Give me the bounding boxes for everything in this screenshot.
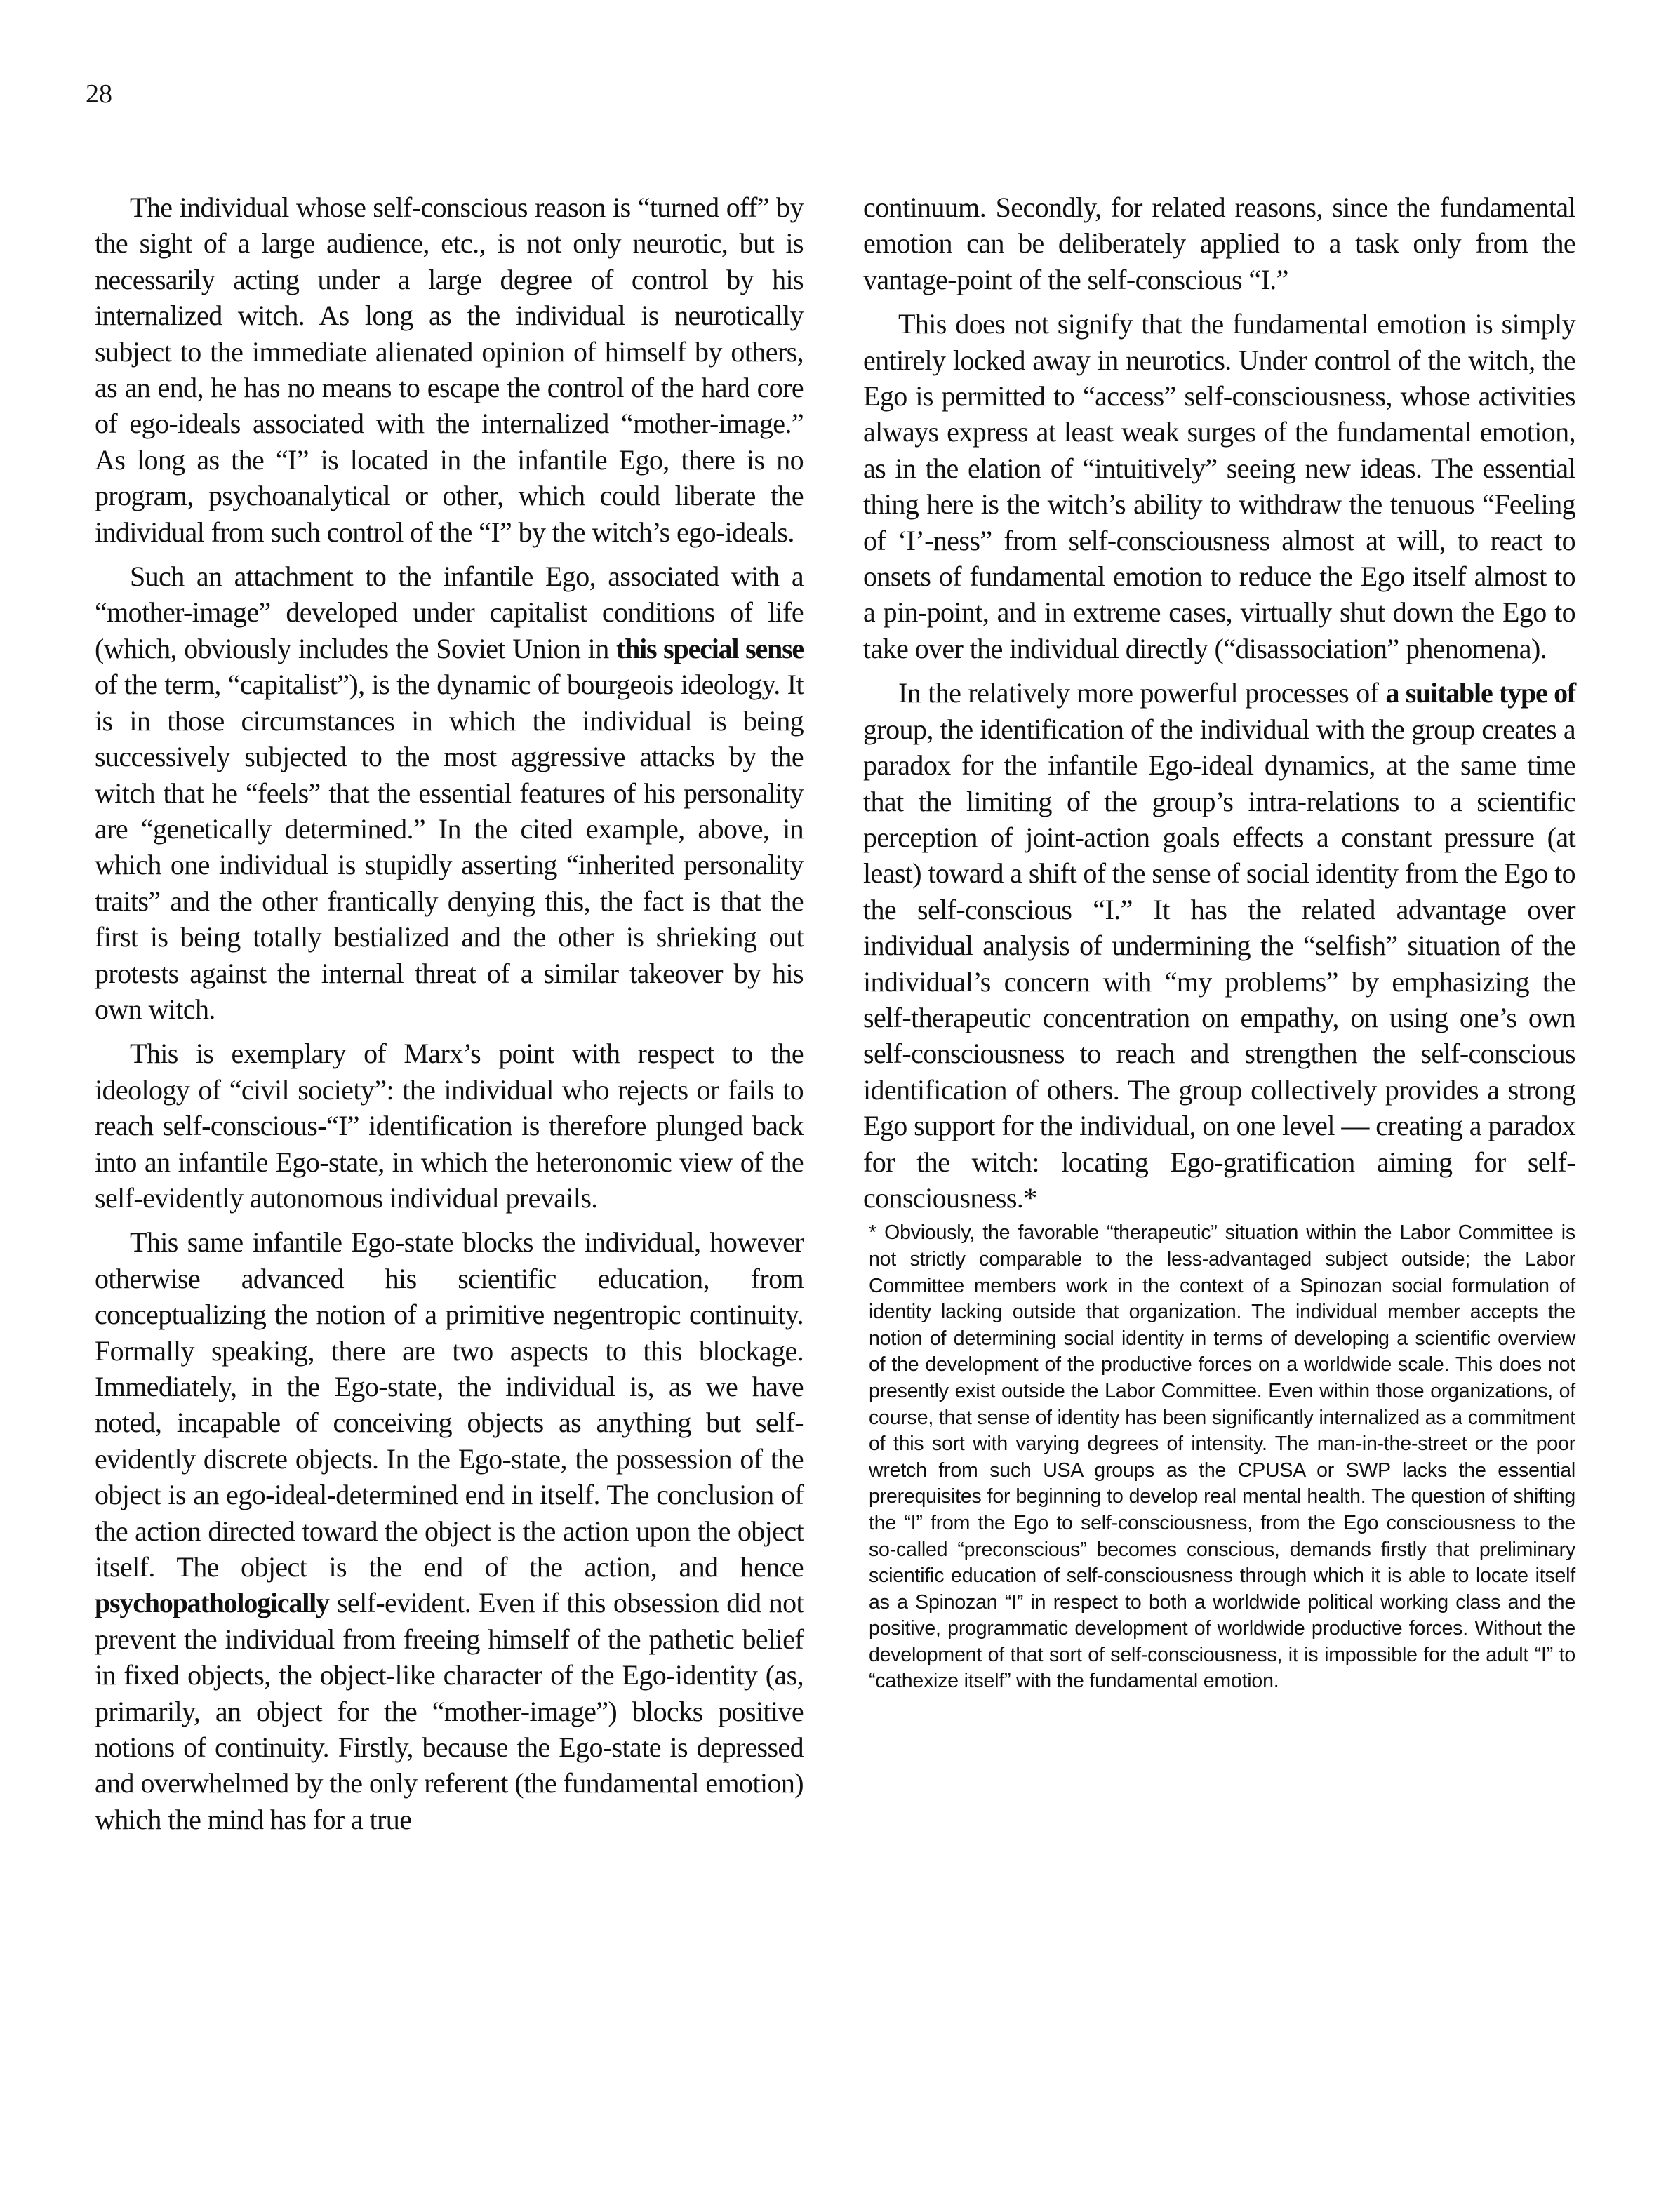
paragraph: In the relatively more powerful processe…	[863, 675, 1575, 1216]
text-run: of the term, “capitalist”), is the dynam…	[95, 669, 804, 1025]
paragraph: This is exemplary of Marx’s point with r…	[95, 1035, 804, 1216]
page-number: 28	[86, 79, 112, 109]
bold-emphasis: psychopathologically	[95, 1587, 329, 1618]
paragraph: The individual whose self-conscious reas…	[95, 189, 804, 550]
left-column: The individual whose self-conscious reas…	[95, 189, 804, 1837]
bold-emphasis: a suitable type of	[1385, 677, 1575, 709]
right-column: continuum. Secondly, for related reasons…	[863, 189, 1575, 1695]
text-run: This same infantile Ego-state blocks the…	[95, 1226, 804, 1583]
text-run: group, the identification of the individ…	[863, 713, 1575, 1214]
text-run: In the relatively more powerful processe…	[898, 677, 1385, 709]
paragraph: This does not signify that the fundament…	[863, 306, 1575, 666]
paragraph: Such an attachment to the infantile Ego,…	[95, 558, 804, 1027]
paragraph: This same infantile Ego-state blocks the…	[95, 1224, 804, 1837]
paragraph: continuum. Secondly, for related reasons…	[863, 189, 1575, 297]
bold-emphasis: this special sense	[616, 633, 804, 664]
footnote: * Obviously, the favorable “therapeutic”…	[863, 1220, 1575, 1695]
text-run: self-evident. Even if this obsession did…	[95, 1587, 804, 1835]
